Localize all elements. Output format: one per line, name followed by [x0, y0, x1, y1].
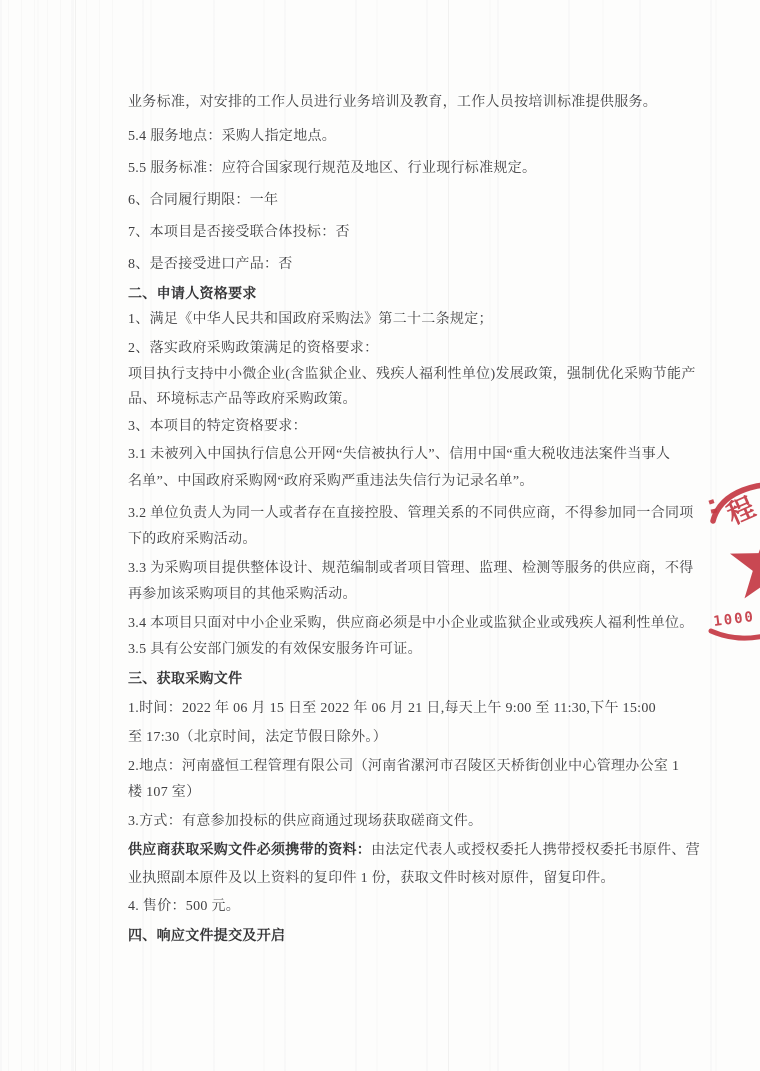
text-line: 1.时间：2022 年 06 月 15 日至 2022 年 06 月 21 日,… [128, 699, 656, 719]
document-page: 业务标准，对安排的工作人员进行业务培训及教育，工作人员按培训标准提供服务。 5.… [0, 0, 760, 1071]
text-line: 2、落实政府采购政策满足的资格要求： [128, 339, 378, 359]
text-line: 业执照副本原件及以上资料的复印件 1 份，获取文件时核对原件，留复印件。 [128, 869, 615, 889]
text-line: 5.5 服务标准：应符合国家现行规范及地区、行业现行标准规定。 [128, 159, 536, 179]
section-heading-applicant-qualifications: 二、申请人资格要求 [128, 285, 257, 305]
text-line: 8、是否接受进口产品：否 [128, 255, 293, 275]
text-line: 品、环境标志产品等政府采购政策。 [128, 390, 357, 410]
text-line: 3、本项目的特定资格要求： [128, 417, 307, 437]
section-heading-response-document-submission: 四、响应文件提交及开启 [128, 927, 285, 947]
text-line: 7、本项目是否接受联合体投标：否 [128, 223, 350, 243]
text-line: 楼 107 室） [128, 783, 200, 803]
scan-streaks-left [8, 0, 123, 1071]
text-line: 2.地点：河南盛恒工程管理有限公司（河南省漯河市召陵区天桥街创业中心管理办公室 … [128, 757, 679, 777]
required-materials-label: 供应商获取采购文件必须携带的资料： [128, 843, 371, 858]
text-line: 4. 售价：500 元。 [128, 897, 240, 917]
text-line: 5.4 服务地点：采购人指定地点。 [128, 127, 336, 147]
text-line: 名单”、中国政府采购网“政府采购严重违法失信行为记录名单”。 [128, 472, 534, 492]
text-line: 3.5 具有公安部门颁发的有效保安服务许可证。 [128, 640, 422, 660]
seal-partial-char [708, 499, 717, 513]
text-line: 下的政府采购活动。 [128, 530, 257, 550]
text-line: 业务标准，对安排的工作人员进行业务培训及教育，工作人员按培训标准提供服务。 [128, 93, 657, 113]
text-line: 项目执行支持中小微企业(含监狱企业、残疾人福利性单位)发展政策，强制优化采购节能… [128, 365, 696, 385]
text-line: 3.1 未被列入中国执行信息公开网“失信被执行人”、信用中国“重大税收违法案件当… [128, 445, 670, 465]
seal-serial-number: 1000 [713, 609, 756, 630]
text-line: 3.方式：有意参加投标的供应商通过现场获取磋商文件。 [128, 812, 482, 832]
required-materials-text: 由法定代表人或授权委托人携带授权委托书原件、营 [371, 843, 700, 858]
scan-artifact-line [75, 0, 76, 1071]
text-line: 供应商获取采购文件必须携带的资料：由法定代表人或授权委托人携带授权委托书原件、营 [128, 841, 700, 861]
text-line: 3.2 单位负责人为同一人或者存在直接控股、管理关系的不同供应商，不得参加同一合… [128, 504, 694, 524]
section-heading-obtain-procurement-documents: 三、获取采购文件 [128, 670, 242, 690]
text-line: 1、满足《中华人民共和国政府采购法》第二十二条规定； [128, 310, 493, 330]
text-line: 再参加该采购项目的其他采购活动。 [128, 585, 357, 605]
seal-star-icon [730, 526, 760, 598]
text-line: 6、合同履行期限：一年 [128, 191, 278, 211]
official-seal-stamp-icon: 程 1000 [688, 468, 760, 668]
text-line: 3.4 本项目只面对中小企业采购，供应商必须是中小企业或监狱企业或残疾人福利性单… [128, 614, 694, 634]
text-line: 至 17:30（北京时间，法定节假日除外。） [128, 728, 387, 748]
text-line: 3.3 为采购项目提供整体设计、规范编制或者项目管理、监理、检测等服务的供应商，… [128, 559, 694, 579]
